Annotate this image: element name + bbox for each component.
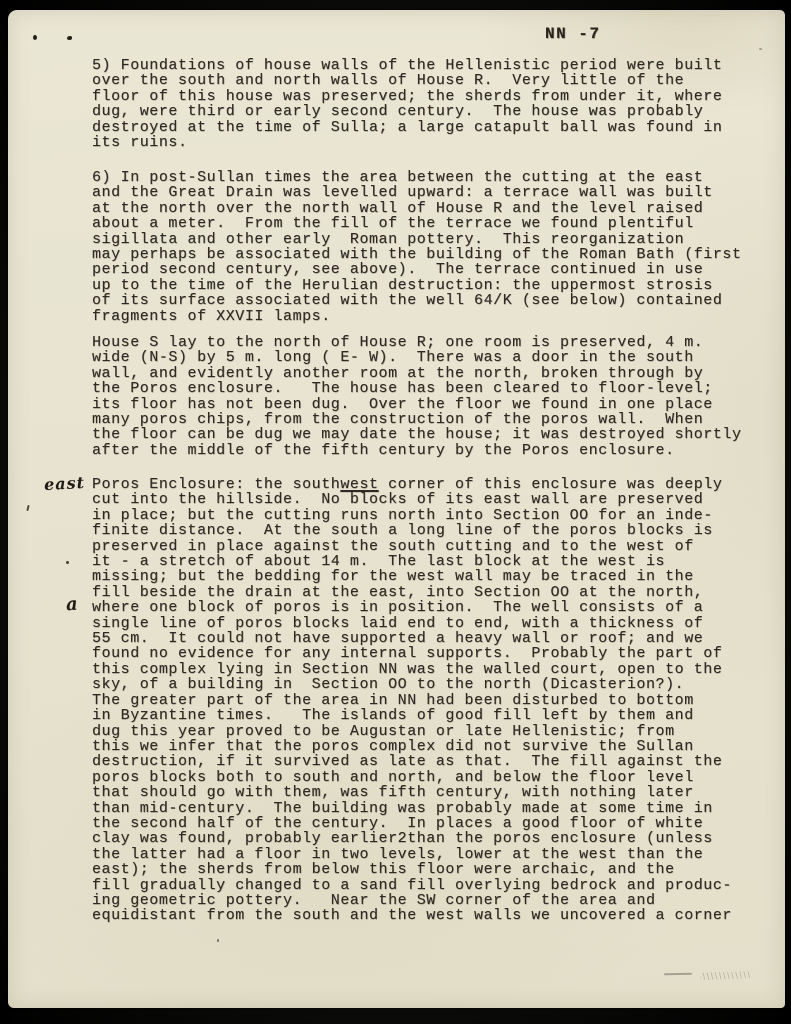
paragraph-poros-enclosure: Poros Enclosure: the southwest corner of… xyxy=(92,477,754,924)
handwritten-margin-note-east: east xyxy=(44,473,86,494)
paragraph-house-s: House S lay to the north of House R; one… xyxy=(92,335,754,458)
pencil-scribble xyxy=(700,971,752,980)
ink-speck xyxy=(67,36,72,40)
ink-speck xyxy=(66,561,69,564)
pencil-mark xyxy=(664,973,692,975)
page-number: NN -7 xyxy=(545,25,601,43)
ink-speck xyxy=(33,35,37,40)
document-photo: NN -7 5) Foundations of house walls of t… xyxy=(0,0,791,1024)
document-page: NN -7 5) Foundations of house walls of t… xyxy=(8,10,785,1008)
paragraph-6-post-sullan: 6) In post-Sullan times the area between… xyxy=(92,170,754,324)
ink-speck xyxy=(759,48,762,50)
paragraph-5-foundations: 5) Foundations of house walls of the Hel… xyxy=(92,58,754,150)
ink-speck xyxy=(217,939,219,942)
handwritten-margin-note-a: a xyxy=(65,594,78,616)
ink-speck xyxy=(26,505,29,511)
